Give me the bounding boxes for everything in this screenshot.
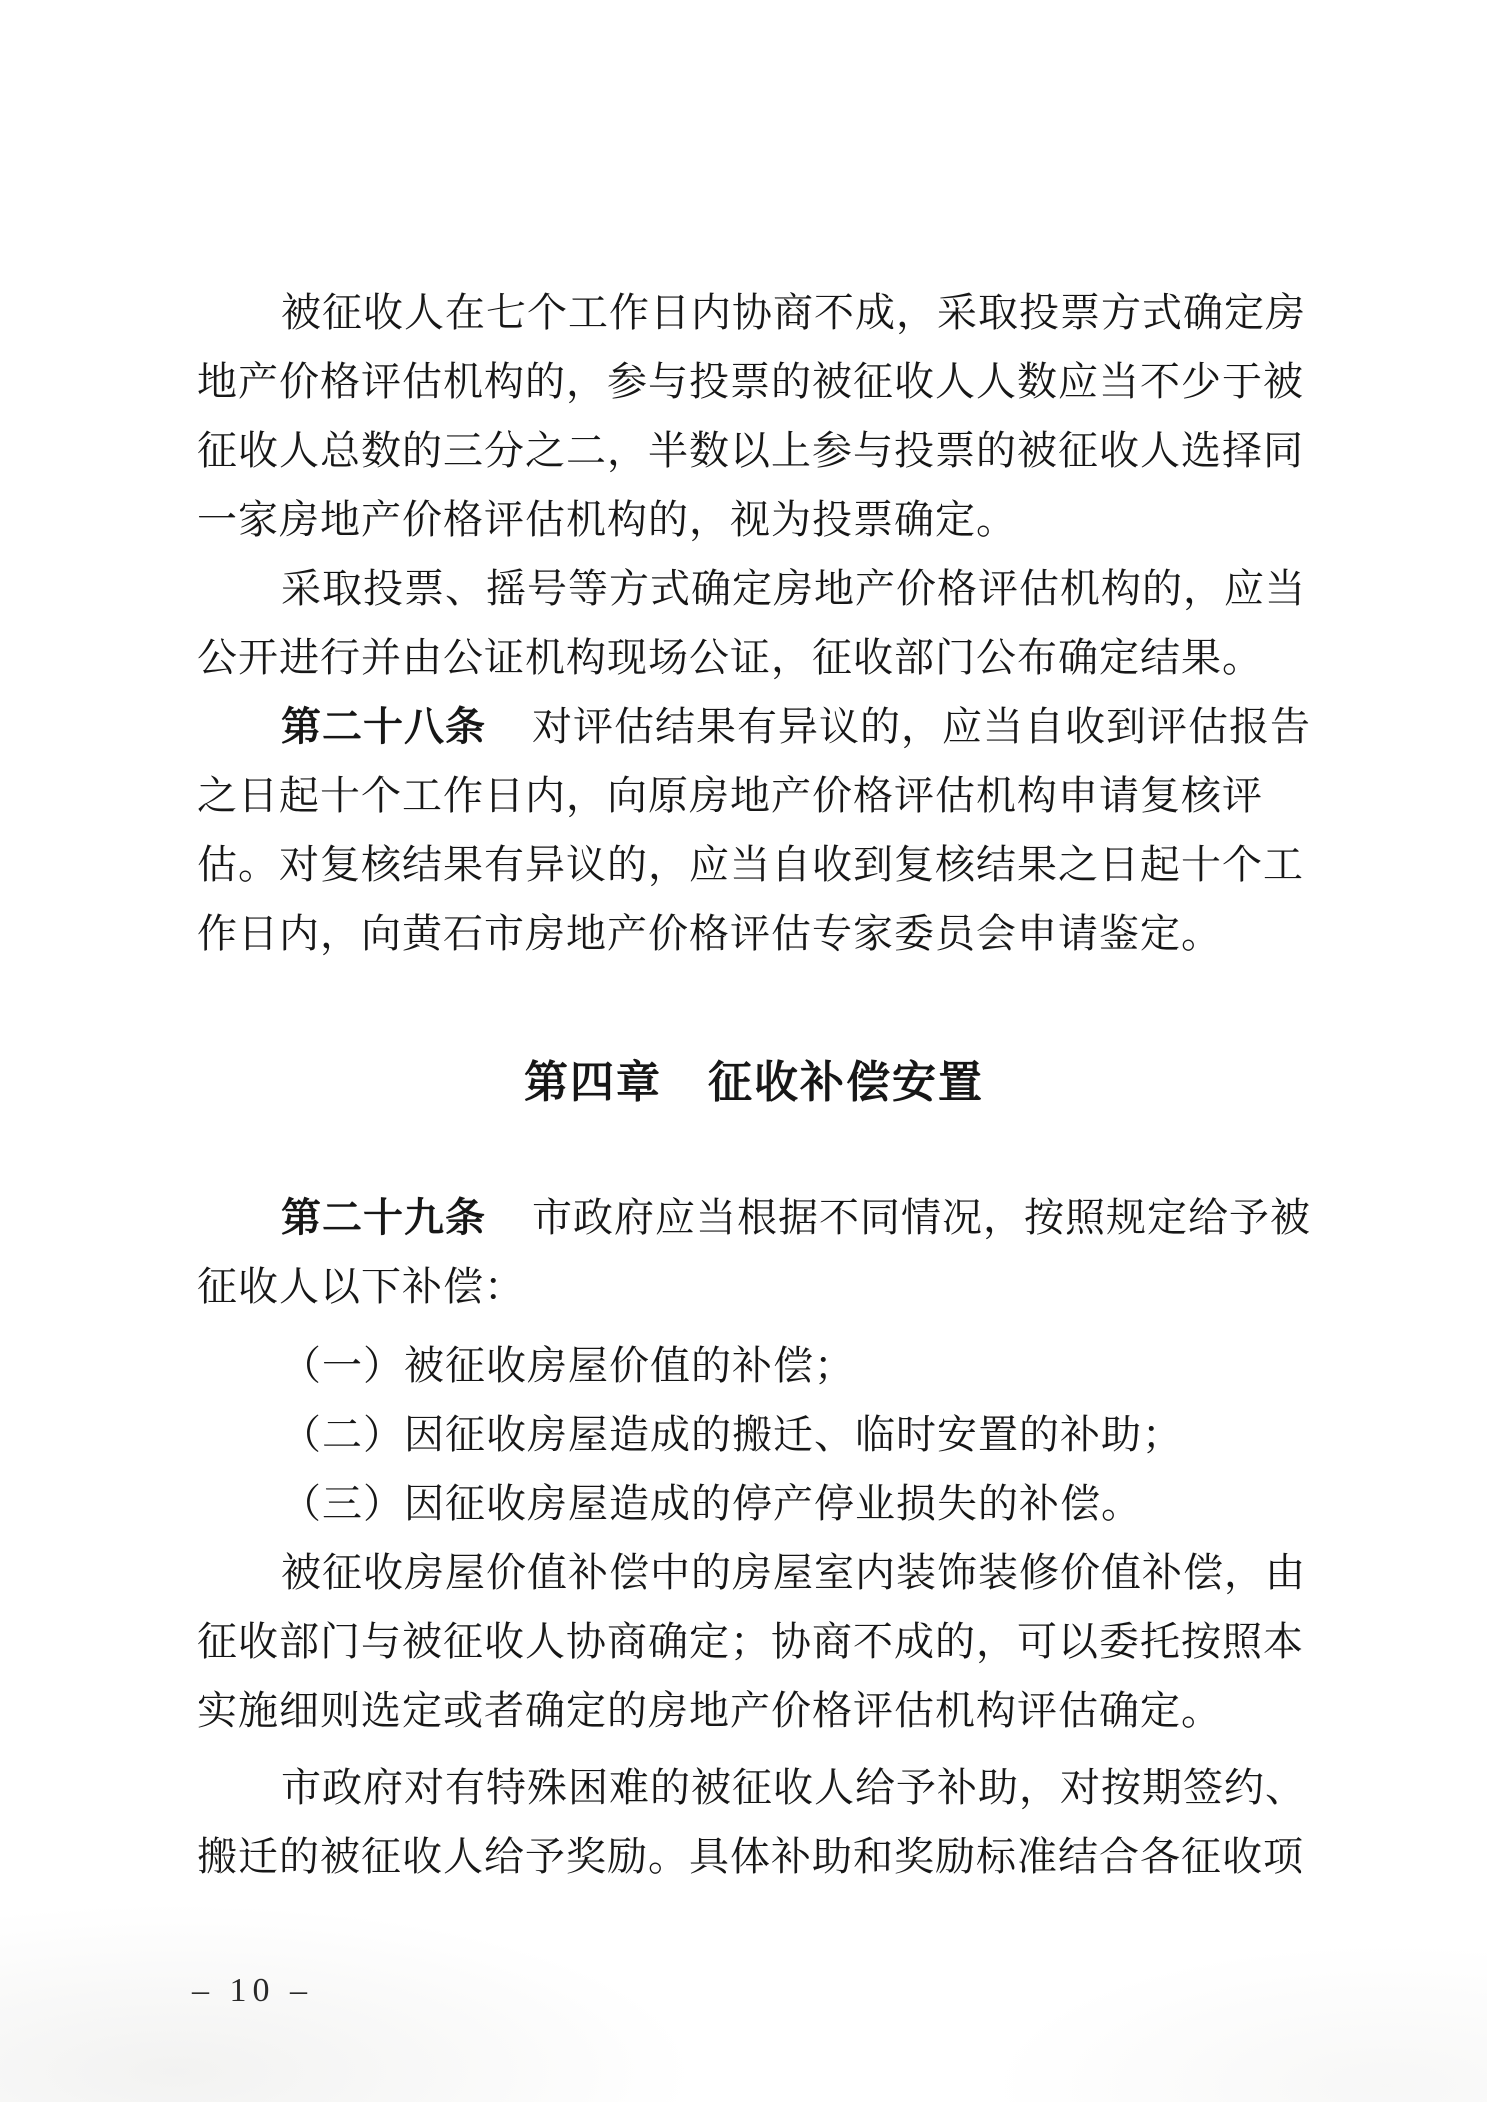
text-line: 估。对复核结果有异议的，应当自收到复核结果之日起十个工 — [197, 830, 1311, 899]
text-line: 搬迁的被征收人给予奖励。具体补助和奖励标准结合各征收项 — [197, 1822, 1311, 1891]
text-line: 征收部门与被征收人协商确定；协商不成的，可以委托按照本 — [197, 1607, 1311, 1676]
page-number: – 10 – — [192, 1972, 313, 2010]
text-line: 市政府对有特殊困难的被征收人给予补助，对按期签约、 — [197, 1753, 1311, 1822]
scan-smudge — [0, 1902, 700, 2102]
text-line: （一）被征收房屋价值的补偿； — [197, 1331, 1311, 1400]
text-line: 实施细则选定或者确定的房地产价格评估机构评估确定。 — [197, 1676, 1311, 1745]
article-number: 第二十八条 — [281, 705, 486, 749]
document-page: 被征收人在七个工作日内协商不成，采取投票方式确定房地产价格评估机构的，参与投票的… — [0, 0, 1487, 2102]
text-line: 地产价格评估机构的，参与投票的被征收人人数应当不少于被 — [197, 347, 1311, 416]
text-line: 公开进行并由公证机构现场公证，征收部门公布确定结果。 — [197, 623, 1311, 692]
text-line: 征收人以下补偿： — [197, 1252, 1311, 1321]
text-line: （二）因征收房屋造成的搬迁、临时安置的补助； — [197, 1400, 1311, 1469]
text-line: （三）因征收房屋造成的停产停业损失的补偿。 — [197, 1469, 1311, 1538]
text-line: 之日起十个工作日内，向原房地产价格评估机构申请复核评 — [197, 761, 1311, 830]
text-line: 被征收人在七个工作日内协商不成，采取投票方式确定房 — [197, 278, 1311, 347]
text-line: 征收人总数的三分之二，半数以上参与投票的被征收人选择同 — [197, 416, 1311, 485]
text-line: 一家房地产价格评估机构的，视为投票确定。 — [197, 485, 1311, 554]
article-number: 第二十九条 — [281, 1196, 486, 1240]
text-line: 第二十九条市政府应当根据不同情况，按照规定给予被 — [197, 1183, 1311, 1252]
text-line: 第二十八条对评估结果有异议的，应当自收到评估报告 — [197, 692, 1311, 761]
document-body: 被征收人在七个工作日内协商不成，采取投票方式确定房地产价格评估机构的，参与投票的… — [197, 278, 1311, 1891]
scan-smudge — [987, 1942, 1487, 2102]
chapter-heading: 第四章 征收补偿安置 — [197, 1048, 1311, 1117]
text-line: 被征收房屋价值补偿中的房屋室内装饰装修价值补偿，由 — [197, 1538, 1311, 1607]
text-line: 作日内，向黄石市房地产价格评估专家委员会申请鉴定。 — [197, 899, 1311, 968]
text-line: 采取投票、摇号等方式确定房地产价格评估机构的，应当 — [197, 554, 1311, 623]
